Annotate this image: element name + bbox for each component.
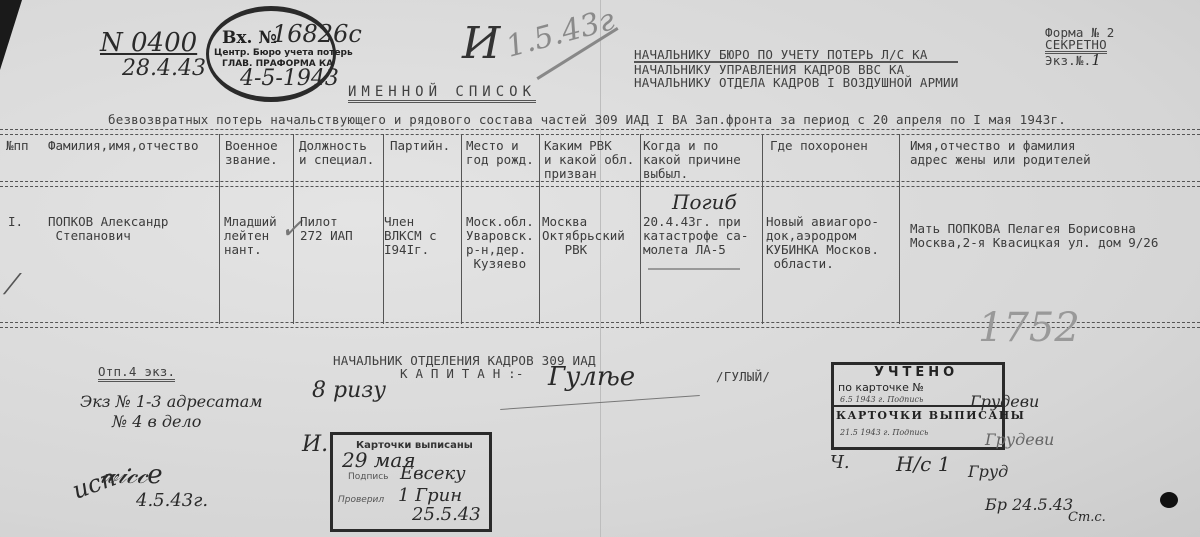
registered-line2: 21.5 1943 г. Подпись bbox=[840, 428, 928, 437]
cards-stamp-checked: 1 Грин bbox=[398, 485, 462, 506]
col-header-cause: Когда и по какой причине выбыл. bbox=[643, 139, 741, 181]
cards-stamp-signature: Евсеку bbox=[400, 463, 466, 484]
handwritten-left-note: 8 ризу bbox=[312, 378, 386, 403]
row-birth: Моск.обл. Уваровск. р-н,дер. Кузяево bbox=[466, 215, 534, 271]
row-burial: Новый авиагоро- док,аэродром КУБИНКА Мос… bbox=[766, 215, 879, 271]
col-divider bbox=[899, 134, 900, 324]
col-header-position: Должность и специал. bbox=[299, 139, 374, 167]
signature: Гулѣе bbox=[548, 362, 635, 392]
signatory-rank: К А П И Т А Н :- bbox=[400, 366, 524, 381]
stamp-date: 4-5-1943 bbox=[240, 66, 339, 91]
stamp-incoming-label: Вх. № bbox=[222, 28, 277, 48]
handwritten-copies-note: Экз № 1-3 адресатам bbox=[80, 392, 263, 411]
cards-stamp-date2: 25.5.43 bbox=[412, 504, 481, 525]
paper-fold bbox=[600, 0, 601, 537]
document-title: ИМЕННОЙ СПИСОК bbox=[348, 84, 536, 103]
document-subtitle: безвозвратных потерь начальствующего и р… bbox=[108, 112, 1066, 127]
cards-stamp-checked-label: Проверил bbox=[338, 495, 384, 505]
col-header-rank: Военное звание. bbox=[225, 139, 278, 167]
handwritten-i: И. bbox=[302, 432, 328, 457]
handwritten-copies-note2: № 4 в дело bbox=[112, 412, 201, 431]
col-divider bbox=[640, 134, 641, 324]
table-header-rule bbox=[0, 181, 1200, 187]
col-divider bbox=[539, 134, 540, 324]
handwritten-signature-left: 𝓌𝒾𝒸𝒸𝑒 bbox=[100, 460, 163, 491]
signatory-name: /ГУЛЫЙ/ bbox=[716, 369, 770, 384]
col-divider bbox=[762, 134, 763, 324]
row-name: ПОПКОВ Александр Степанович bbox=[48, 215, 168, 243]
pencil-mark-i: И bbox=[462, 18, 500, 69]
copy-label: Экз.№. bbox=[1045, 53, 1091, 68]
mark-hc: Н/с 1 bbox=[896, 452, 950, 476]
cards-stamp-signature-label: Подпись bbox=[348, 472, 388, 482]
stamp-incoming-number: 16826с bbox=[272, 20, 362, 48]
col-header-birth: Место и год рожд. bbox=[466, 139, 534, 167]
archival-document: N 0400 28.4.43 Вх. № 16826с Центр. Бюро … bbox=[0, 0, 1200, 537]
handwritten-date-left: 4.5.43г. bbox=[136, 490, 208, 511]
row-num: I. bbox=[8, 215, 23, 229]
copy-number: 1 bbox=[1091, 51, 1101, 69]
scan-corner-shadow bbox=[0, 0, 22, 70]
registered-cards-title: КАРТОЧКИ ВЫПИСАНЫ bbox=[836, 409, 1025, 422]
pencil-archive-number: 1752 bbox=[978, 305, 1080, 351]
col-header-num: №пп bbox=[6, 139, 29, 153]
col-header-rvk: Каким РВК и какой обл. призван bbox=[544, 139, 634, 181]
handwritten-bottom-right: Бр 24.5.43 bbox=[985, 495, 1073, 514]
incoming-number-handwritten: N 0400 bbox=[100, 28, 197, 58]
row-position: Пилот 272 ИАП bbox=[300, 215, 353, 243]
row-cause-handwritten: Погиб bbox=[672, 190, 737, 214]
col-header-burial: Где похоронен bbox=[770, 139, 868, 153]
copies-note: Отп.4 экз. bbox=[98, 364, 175, 382]
pencil-underline bbox=[648, 268, 740, 270]
row-relatives: Мать ПОПКОВА Пелагея Борисовна Москва,2-… bbox=[910, 222, 1158, 250]
stamp-org-line1: Центр. Бюро учета потерь bbox=[214, 48, 353, 58]
handwritten-bottom-right2: Ст.с. bbox=[1068, 510, 1106, 525]
addressee-3: НАЧАЛЬНИКУ ОТДЕЛА КАДРОВ I ВОЗДУШНОЙ АРМ… bbox=[634, 76, 958, 89]
row-rank: Младший лейтен нант. bbox=[224, 215, 277, 257]
form-block: Форма № 2 СЕКРЕТНО Экз.№.1 bbox=[1045, 27, 1115, 67]
registered-card-label: по карточке № bbox=[838, 381, 924, 394]
col-divider bbox=[461, 134, 462, 324]
registered-signature2: Грудеви bbox=[985, 430, 1054, 449]
col-header-party: Партийн. bbox=[390, 139, 450, 153]
col-header-name: Фамилия,имя,отчество bbox=[48, 139, 199, 153]
signature-gru: Груд bbox=[968, 462, 1008, 481]
table-top-rule bbox=[0, 129, 1200, 135]
col-header-relatives: Имя,отчество и фамилия адрес жены или ро… bbox=[910, 139, 1091, 167]
addressee-1: НАЧАЛЬНИКУ БЮРО ПО УЧЕТУ ПОТЕРЬ Л/С КА bbox=[634, 48, 958, 63]
col-divider bbox=[219, 134, 220, 324]
incoming-date-handwritten: 28.4.43 bbox=[122, 56, 206, 81]
row-party: Член ВЛКСМ с I94Iг. bbox=[384, 215, 437, 257]
row-rvk: Москва Октябрьский РВК bbox=[542, 215, 625, 257]
registered-title: УЧТЕНО bbox=[874, 365, 958, 380]
ink-blot bbox=[1160, 492, 1178, 508]
registered-line1: 6.5 1943 г. Подпись bbox=[840, 395, 923, 404]
pencil-slash-mark: ⁄ bbox=[10, 268, 15, 301]
addressees: НАЧАЛЬНИКУ БЮРО ПО УЧЕТУ ПОТЕРЬ Л/С КА Н… bbox=[634, 48, 958, 89]
mark-l: Ч. bbox=[830, 452, 850, 473]
row-cause: 20.4.43г. при катастрофе са- молета ЛА-5 bbox=[643, 215, 748, 257]
